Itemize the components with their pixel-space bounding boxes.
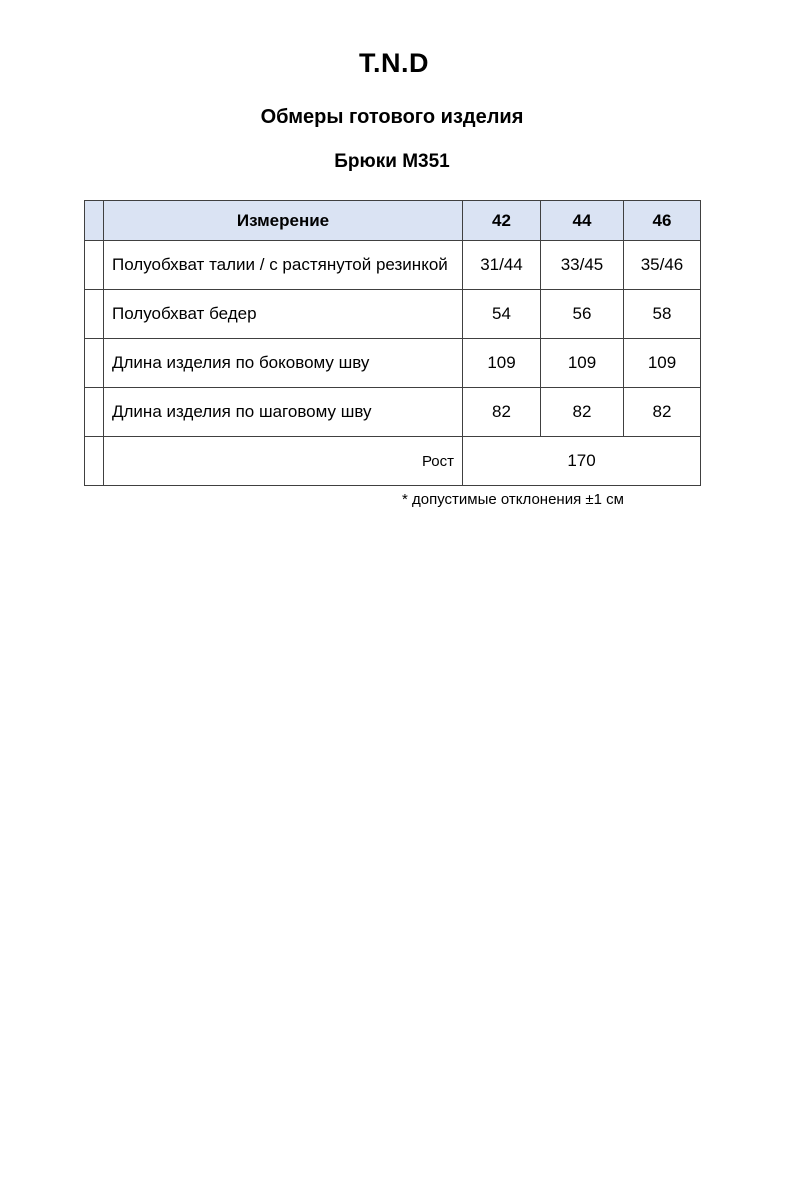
blank-cell xyxy=(85,388,104,437)
table-row: Полуобхват бедер 54 56 58 xyxy=(85,290,701,339)
tolerance-note: * допустимые отклонения ±1 см xyxy=(402,491,624,508)
product-name: Брюки М351 xyxy=(0,151,784,173)
value-cell: 82 xyxy=(463,388,541,437)
size-table: Измерение 42 44 46 Полуобхват талии / с … xyxy=(84,200,701,486)
value-cell: 56 xyxy=(541,290,624,339)
header-size-44: 44 xyxy=(541,201,624,241)
value-cell: 109 xyxy=(541,339,624,388)
header-measure: Измерение xyxy=(104,201,463,241)
blank-header-cell xyxy=(85,201,104,241)
value-cell: 54 xyxy=(463,290,541,339)
value-cell: 35/46 xyxy=(624,241,701,290)
table-header-row: Измерение 42 44 46 xyxy=(85,201,701,241)
value-cell: 31/44 xyxy=(463,241,541,290)
measure-name: Длина изделия по шаговому шву xyxy=(104,388,463,437)
blank-cell xyxy=(85,437,104,486)
brand-name: T.N.D xyxy=(0,48,788,79)
value-cell: 33/45 xyxy=(541,241,624,290)
blank-cell xyxy=(85,339,104,388)
growth-value: 170 xyxy=(463,437,701,486)
measure-name: Длина изделия по боковому шву xyxy=(104,339,463,388)
value-cell: 58 xyxy=(624,290,701,339)
header-size-42: 42 xyxy=(463,201,541,241)
value-cell: 82 xyxy=(541,388,624,437)
measure-name: Полуобхват бедер xyxy=(104,290,463,339)
blank-cell xyxy=(85,290,104,339)
page-title: Обмеры готового изделия xyxy=(0,106,784,129)
table-row: Длина изделия по шаговому шву 82 82 82 xyxy=(85,388,701,437)
value-cell: 82 xyxy=(624,388,701,437)
measure-name: Полуобхват талии / с растянутой резинкой xyxy=(104,241,463,290)
table-row: Полуобхват талии / с растянутой резинкой… xyxy=(85,241,701,290)
table-row: Длина изделия по боковому шву 109 109 10… xyxy=(85,339,701,388)
value-cell: 109 xyxy=(463,339,541,388)
growth-row: Рост 170 xyxy=(85,437,701,486)
header-size-46: 46 xyxy=(624,201,701,241)
blank-cell xyxy=(85,241,104,290)
value-cell: 109 xyxy=(624,339,701,388)
growth-label: Рост xyxy=(104,437,463,486)
